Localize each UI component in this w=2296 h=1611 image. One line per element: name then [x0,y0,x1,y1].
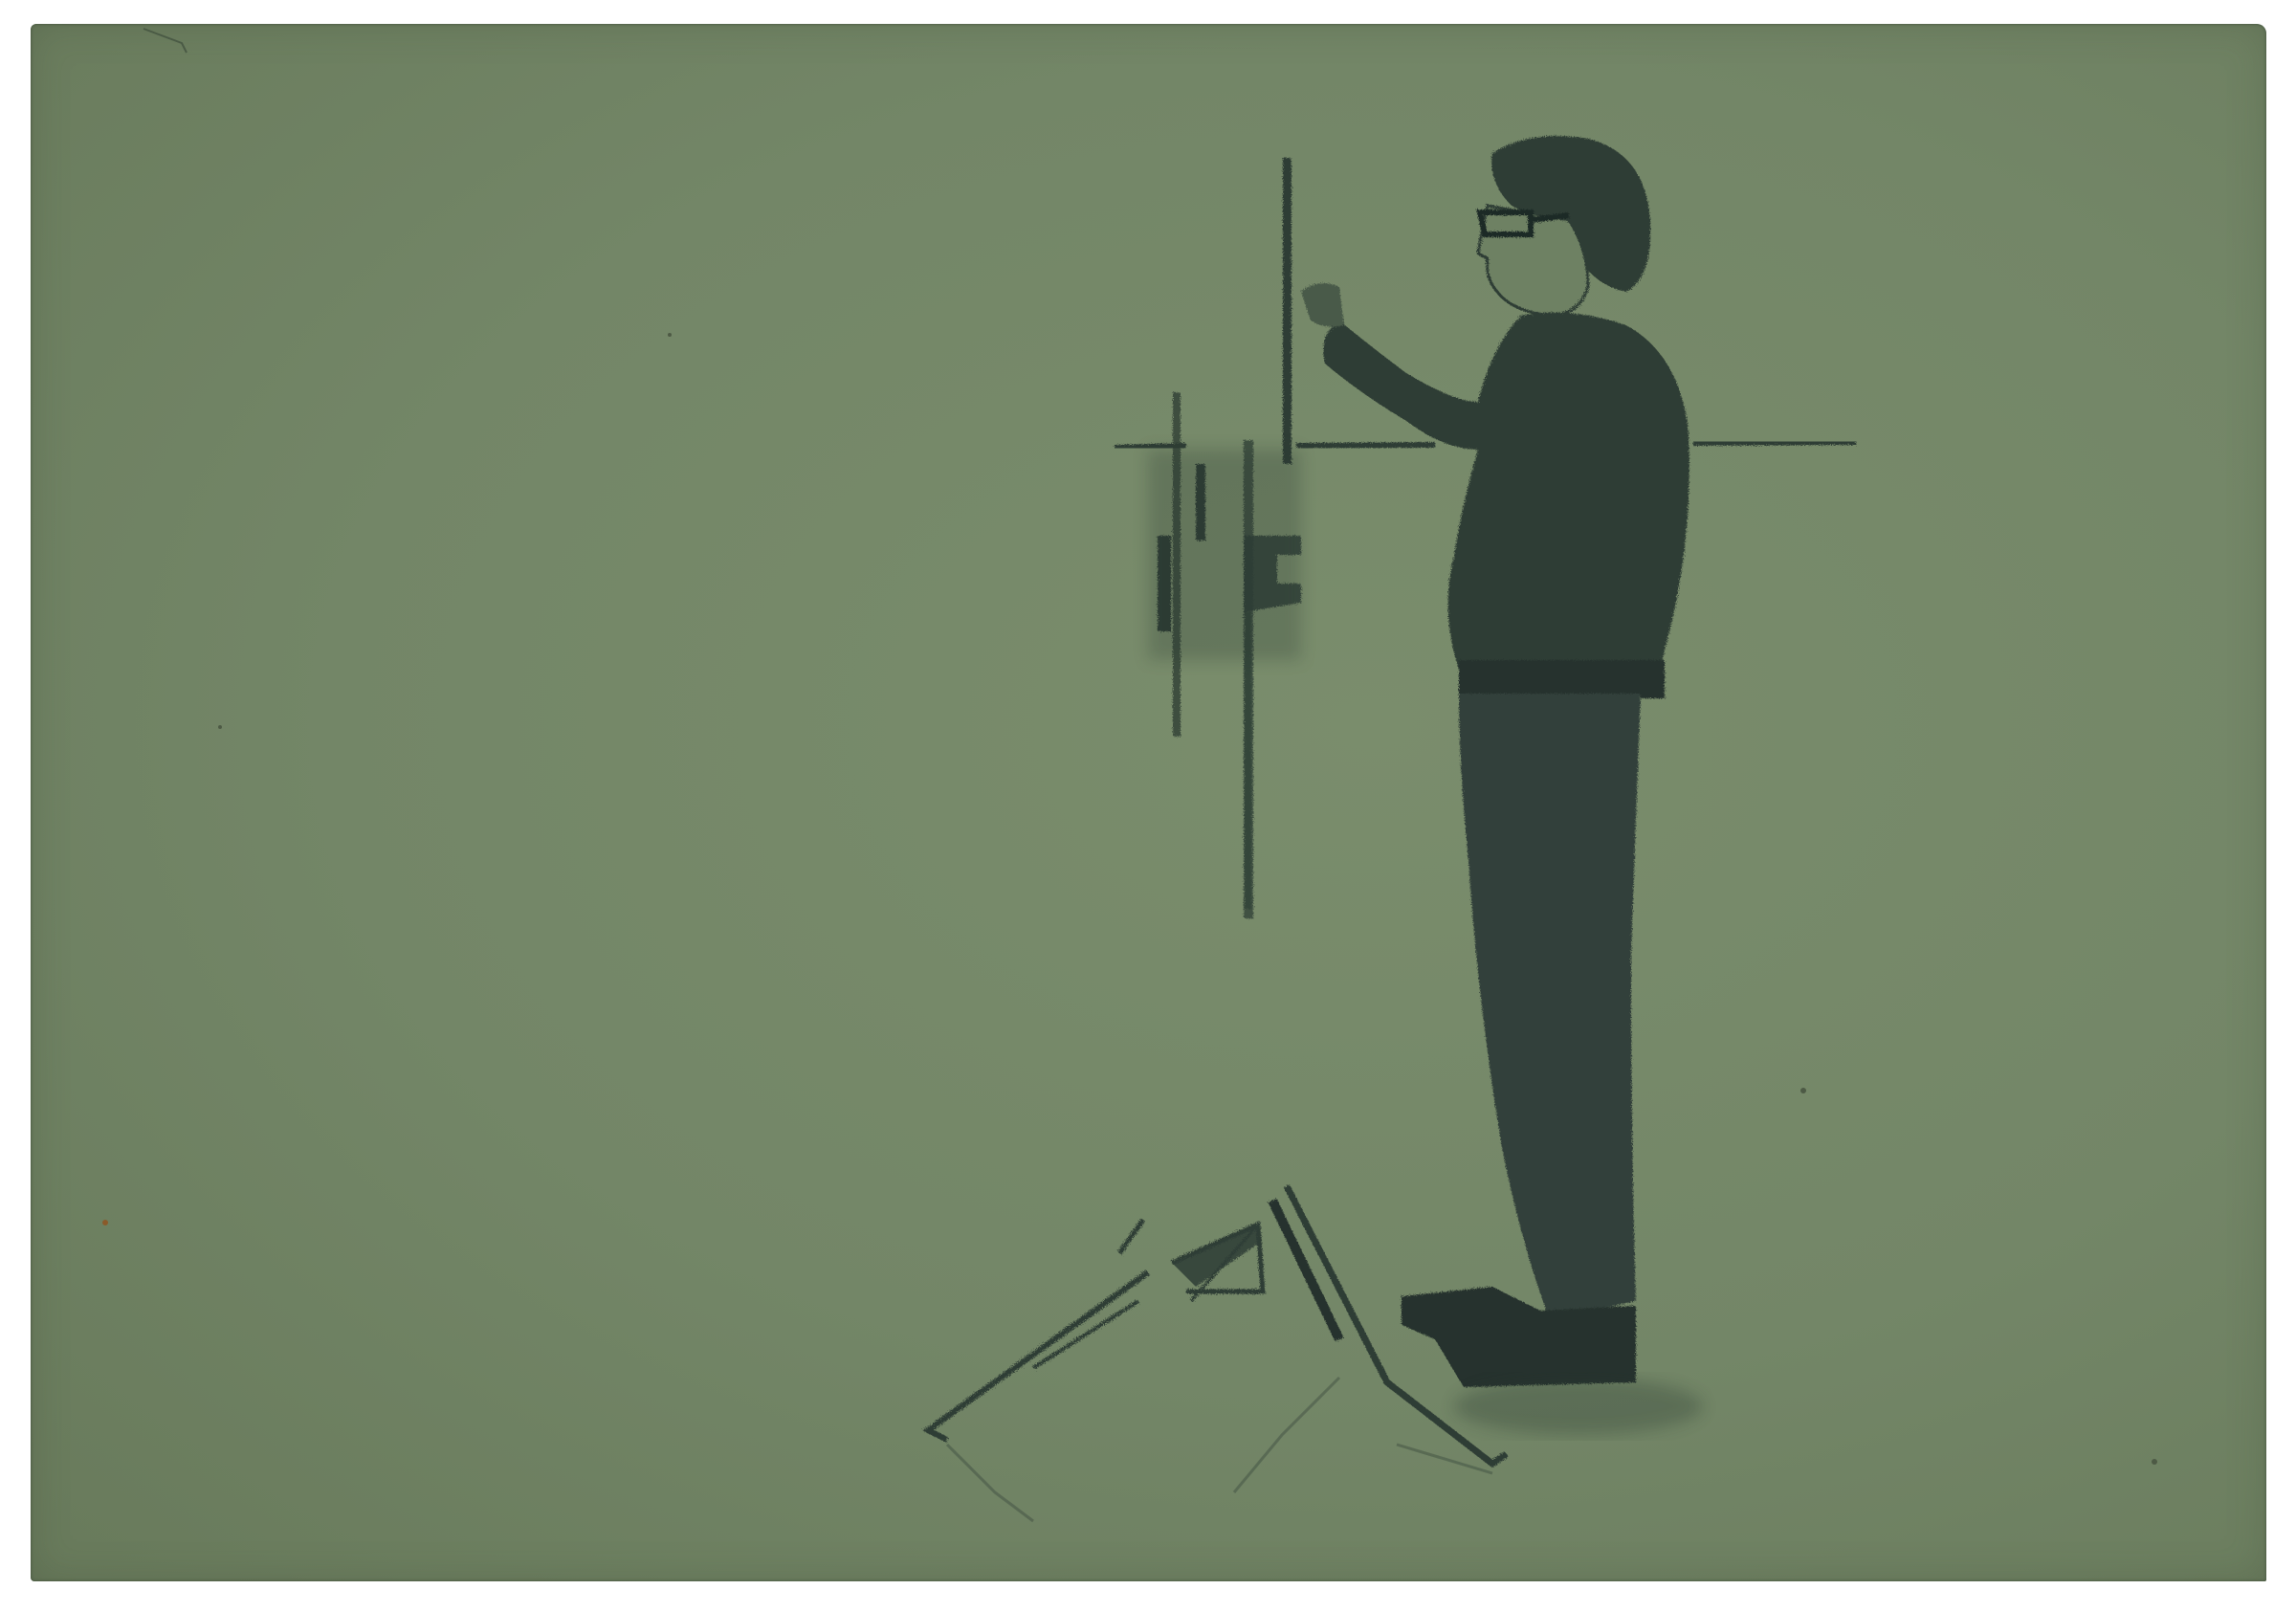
trousers [1459,694,1641,1320]
figure-shadow [1454,1378,1703,1435]
standing-man-figure [1301,136,1689,1387]
paper-specks [102,333,2157,1465]
sweater [1323,313,1689,670]
paper-corner-crease [143,29,187,53]
hand [1301,283,1344,327]
belt [1459,660,1665,698]
charcoal-drawing [0,0,2296,1611]
board-shadow [1148,450,1301,660]
